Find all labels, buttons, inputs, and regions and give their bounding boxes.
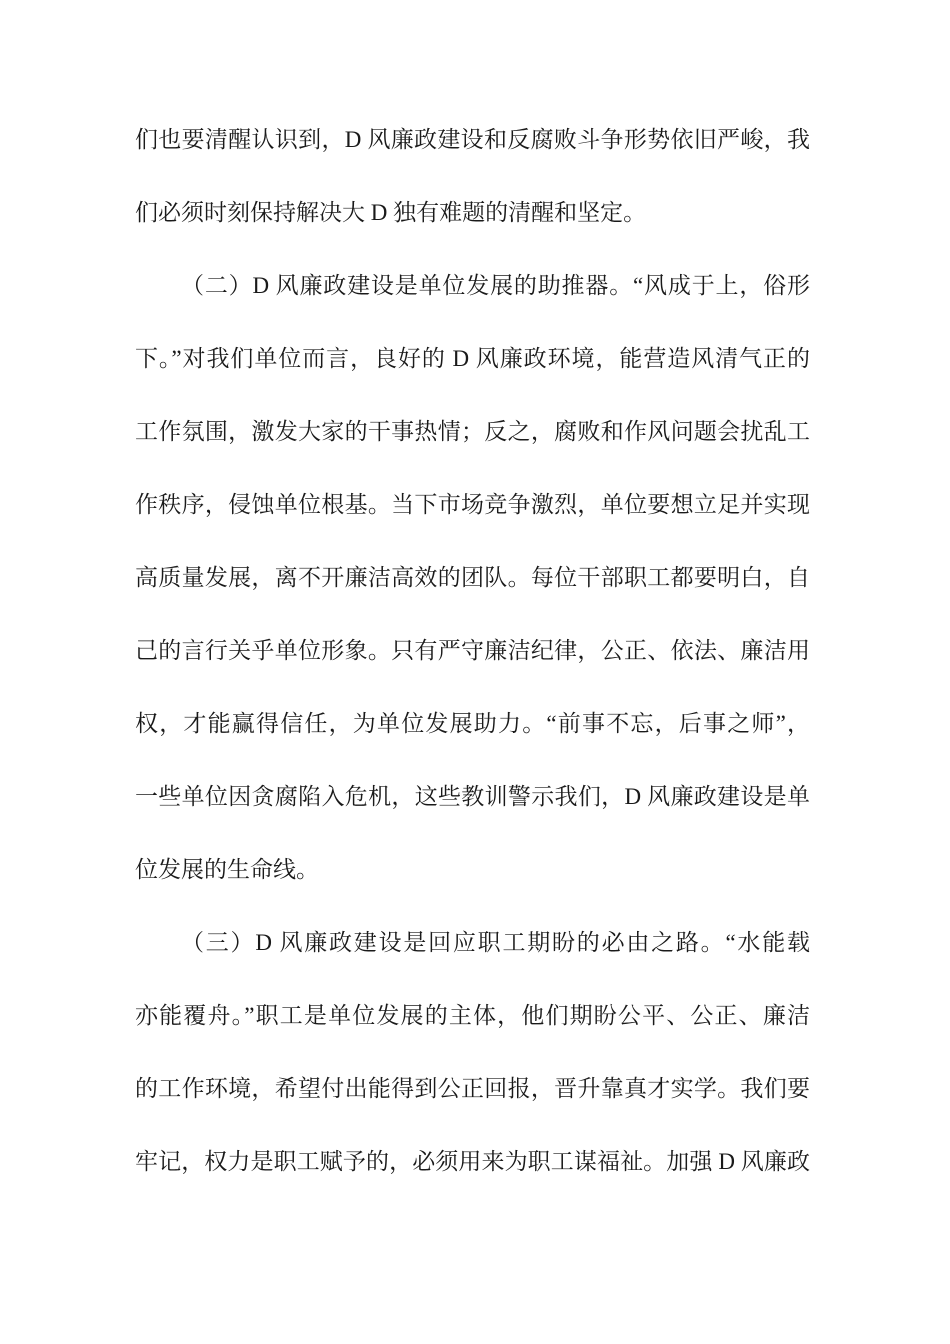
- text-line: 己的言行关乎单位形象。只有严守廉洁纪律，公正、依法、廉洁用: [135, 614, 810, 687]
- text-line: （二）D 风廉政建设是单位发展的助推器。“风成于上，俗形于: [135, 249, 810, 322]
- paragraph-section-two: （二）D 风廉政建设是单位发展的助推器。“风成于上，俗形于 下。”对我们单位而言…: [135, 249, 810, 906]
- paragraph-continuation: 们也要清醒认识到，D 风廉政建设和反腐败斗争形势依旧严峻，我 们必须时刻保持解决…: [135, 103, 810, 249]
- text-line: 权，才能赢得信任，为单位发展助力。“前事不忘，后事之师”，: [135, 687, 810, 760]
- text-line: （三）D 风廉政建设是回应职工期盼的必由之路。“水能载舟，: [135, 906, 810, 979]
- text-line: 亦能覆舟。”职工是单位发展的主体，他们期盼公平、公正、廉洁: [135, 979, 810, 1052]
- text-line: 们必须时刻保持解决大 D 独有难题的清醒和坚定。: [135, 176, 810, 249]
- text-line: 的工作环境，希望付出能得到公正回报，晋升靠真才实学。我们要: [135, 1052, 810, 1125]
- text-line: 一些单位因贪腐陷入危机，这些教训警示我们，D 风廉政建设是单: [135, 760, 810, 833]
- text-line: 作秩序，侵蚀单位根基。当下市场竞争激烈，单位要想立足并实现: [135, 468, 810, 541]
- document-page: 们也要清醒认识到，D 风廉政建设和反腐败斗争形势依旧严峻，我 们必须时刻保持解决…: [0, 0, 950, 1344]
- text-line: 工作氛围，激发大家的干事热情；反之，腐败和作风问题会扰乱工: [135, 395, 810, 468]
- text-line: 牢记，权力是职工赋予的，必须用来为职工谋福祉。加强 D 风廉政: [135, 1125, 810, 1198]
- text-line: 下。”对我们单位而言，良好的 D 风廉政环境，能营造风清气正的: [135, 322, 810, 395]
- text-line: 高质量发展，离不开廉洁高效的团队。每位干部职工都要明白，自: [135, 541, 810, 614]
- text-line: 们也要清醒认识到，D 风廉政建设和反腐败斗争形势依旧严峻，我: [135, 103, 810, 176]
- paragraph-section-three: （三）D 风廉政建设是回应职工期盼的必由之路。“水能载舟， 亦能覆舟。”职工是单…: [135, 906, 810, 1198]
- text-line: 位发展的生命线。: [135, 833, 810, 906]
